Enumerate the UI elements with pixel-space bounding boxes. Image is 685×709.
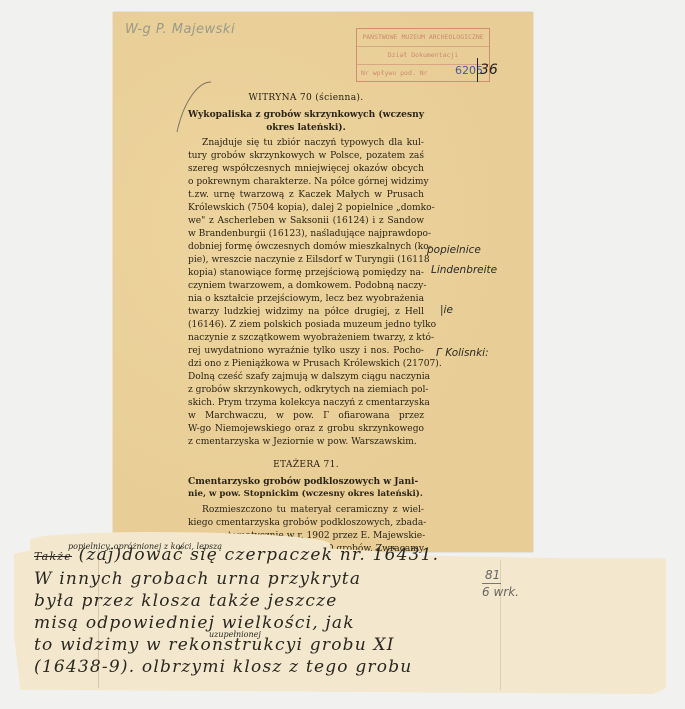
text-line: t.zw. urnę twarzową z Kaczek Małych w Pr… <box>188 189 424 202</box>
section-title-1: Wykopaliska z grobów skrzynkowych (wczes… <box>188 108 424 134</box>
text-line: szereg współczesnych mniejwięcej okazów … <box>188 163 424 176</box>
text-line: twarzy ludzkiej widzimy na półce drugiej… <box>188 306 424 319</box>
text-line: w Marchwaczu, w pow. Г ofiarowana przez <box>188 410 424 423</box>
document-page: W-g P. Majewski PAŃSTWOWE MUZEUM ARCHEOL… <box>113 12 533 552</box>
margin-note-ie: |ie <box>440 304 453 316</box>
text-line: dzi ono z Pieniążkowa w Prusach Królewsk… <box>188 358 424 371</box>
printed-text-column: WITRYNA 70 (ścienna). Wykopaliska z grob… <box>188 92 424 608</box>
text-line: pie), wreszcie naczynie z Eilsdorf w Tur… <box>188 254 424 267</box>
text-line: o pokrewnym charakterze. Na półce górnej… <box>188 176 424 189</box>
margin-note-kolisnki: Г Kolisnki: <box>436 347 489 359</box>
text-line: Królewskich (7504 kopia), dalej 2 popiel… <box>188 202 424 215</box>
text-line: dobniej formę ówczesnych domów mieszkaln… <box>188 241 424 254</box>
text-line: kopia) stanowiące formę przejściową pomi… <box>188 267 424 280</box>
stamp-line-1: PAŃSTWOWE MUZEUM ARCHEOLOGICZNE <box>357 29 489 47</box>
text-line: we" z Ascherleben w Saksonii (16124) i z… <box>188 215 424 228</box>
text-line: Rozmieszczono tu materyał ceramiczny z w… <box>188 504 424 517</box>
handwritten-line: misą odpowiedniej wielkości, jak <box>34 612 504 634</box>
text-line: z grobów skrzynkowych, odkrytych na ziem… <box>188 384 424 397</box>
section-heading-etazera: ETAŻERA 71. <box>188 459 424 472</box>
stamp-line-2: Dział Dokumentacji <box>357 47 489 65</box>
text-line: nia o kształcie przejściowym, lecz bez w… <box>188 293 424 306</box>
handwritten-line: była przez klosza także jeszcze <box>34 590 504 612</box>
pencil-header-note: W-g P. Majewski <box>125 22 235 37</box>
text-line: czyniem twarzowem, a domkowem. Podobną n… <box>188 280 424 293</box>
text-line: w Brandenburgii (16123), naśladujące naj… <box>188 228 424 241</box>
superscript-note: popielnicy, opróżnionej z kości, lepszą <box>68 536 222 558</box>
section-title-2: Cmentarzysko grobów podkloszowych w Jani… <box>188 475 424 501</box>
handwritten-text: popielnicy, opróżnionej z kości, lepszą … <box>34 544 504 678</box>
text-line: rej uwydatniono wyraźnie tylko uszy i no… <box>188 345 424 358</box>
text-line: z cmentarzyska w Jeziornie w pow. Warsza… <box>188 436 424 449</box>
text-line: Dolną cześć szafy zajmują w dalszym ciąg… <box>188 371 424 384</box>
pencil-fraction-note: 81 6 wrk. <box>482 567 519 600</box>
text-line: kiego cmentarzyska grobów podkloszowych,… <box>188 517 424 530</box>
handwritten-line: (16438-9). olbrzymi klosz z tego grobu <box>34 656 504 678</box>
title-line: Wykopaliska z grobów skrzynkowych (wczes… <box>188 108 424 121</box>
struck-word: Także <box>34 550 72 563</box>
text-line: (16146). Z ziem polskich posiada muzeum … <box>188 319 424 332</box>
insert-note: uzupełnionej <box>209 624 261 646</box>
margin-note-popielnice: popielnice <box>427 244 481 256</box>
margin-note-lindenbreite: Lindenbreite <box>431 264 497 276</box>
text-line: skich. Prym trzyma kolekcya naczyń z cme… <box>188 397 424 410</box>
handwritten-line: W innych grobach urna przykryta <box>34 568 504 590</box>
text-line: Znajduje się tu zbiór naczyń typowych dl… <box>188 137 424 150</box>
text-line: W-go Niemojewskiego oraz z grobu skrzynk… <box>188 423 424 436</box>
handwritten-line: to widzimy w rekonstrukcyi grobu XI <box>34 634 504 656</box>
sheet-number: 36 <box>480 62 498 78</box>
inventory-number: 6205 <box>455 65 483 76</box>
section-paragraph-1: Znajduje się tu zbiór naczyń typowych dl… <box>188 137 424 449</box>
title-line: Cmentarzysko grobów podkloszowych w Jani… <box>188 475 424 488</box>
fraction-denominator: 6 wrk. <box>482 585 519 599</box>
text-line: naczynie z szczątkowem wyobrażeniem twar… <box>188 332 424 345</box>
title-line: nie, w pow. Stopnickim (wczesny okres la… <box>188 488 424 501</box>
text-line: tury grobów skrzynkowych w Polsce, pozat… <box>188 150 424 163</box>
title-line: okres lateński). <box>188 121 424 134</box>
archive-stamp: PAŃSTWOWE MUZEUM ARCHEOLOGICZNE Dział Do… <box>356 28 490 82</box>
section-heading-witryna: WITRYNA 70 (ścienna). <box>188 92 424 105</box>
fraction-numerator: 81 <box>482 567 501 584</box>
